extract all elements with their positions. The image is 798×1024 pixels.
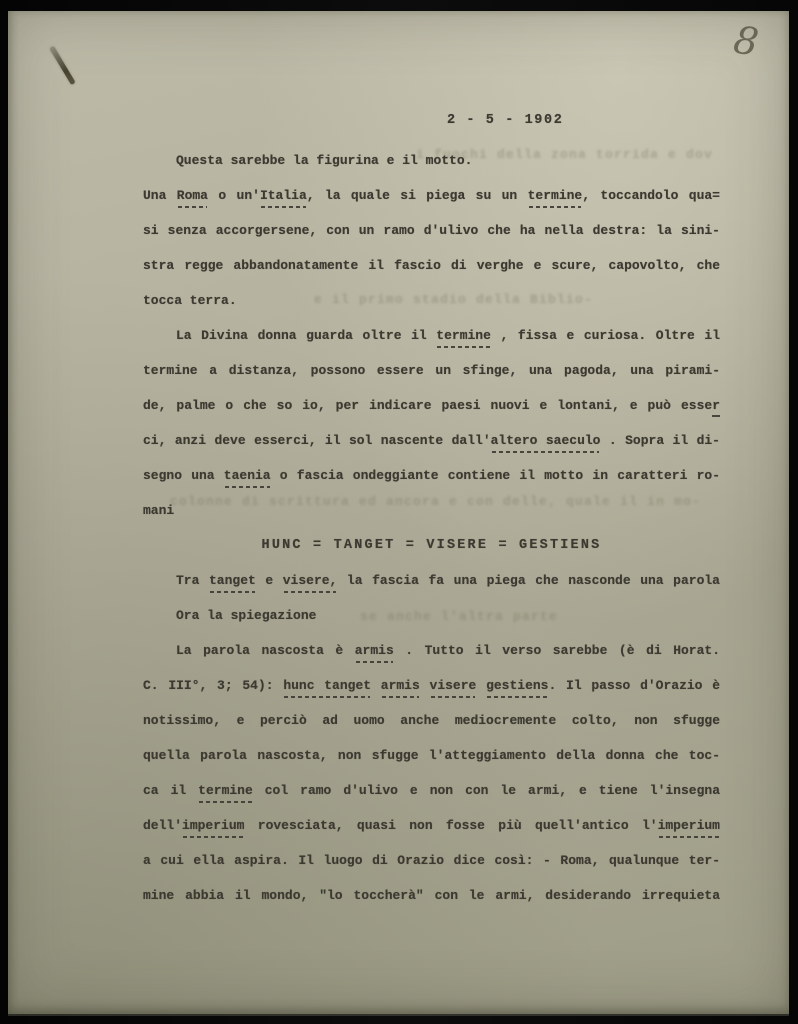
typescript-body: Questa sarebbe la figurina e il motto.Un… bbox=[143, 143, 720, 913]
underlined-word: gestiens bbox=[486, 678, 548, 693]
typescript-line: de, palme o che so io, per indicare paes… bbox=[143, 388, 720, 423]
typescript-line: Tra tanget e visere, la fascia fa una pi… bbox=[143, 563, 720, 598]
underlined-word: taenia bbox=[224, 468, 271, 483]
handwritten-page-number: 8 bbox=[731, 17, 762, 64]
underlined-word: visere bbox=[430, 678, 477, 693]
typescript-line: dell'imperium rovesciata, quasi non foss… bbox=[143, 808, 720, 843]
text-segment: La parola nascosta è bbox=[176, 643, 355, 658]
text-segment: . Sopra il di- bbox=[600, 433, 720, 448]
typescript-line: tocca terra. bbox=[143, 283, 720, 318]
typescript-line: Questa sarebbe la figurina e il motto. bbox=[143, 143, 720, 178]
text-segment: La Divina donna guarda oltre il bbox=[176, 328, 436, 343]
text-segment: , toccandolo qua= bbox=[582, 188, 720, 203]
typescript-line: mani bbox=[143, 493, 720, 528]
text-segment: rovesciata, quasi non fosse più quell'an… bbox=[244, 818, 657, 833]
typescript-line: mine abbia il mondo, "lo toccherà" con l… bbox=[143, 878, 720, 913]
text-segment: Questa sarebbe la figurina e il motto. bbox=[176, 153, 472, 168]
text-segment: o un' bbox=[208, 188, 260, 203]
motto-line: HUNC = TANGET = VISERE = GESTIENS bbox=[143, 528, 720, 563]
text-segment: col ramo d'ulivo e non con le armi, e ti… bbox=[253, 783, 720, 798]
typescript-line: La parola nascosta è armis . Tutto il ve… bbox=[143, 633, 720, 668]
underlined-word: armis bbox=[381, 678, 420, 693]
text-segment: , fissa e curiosa. Oltre il bbox=[491, 328, 720, 343]
typescript-line: C. III°, 3; 54): hunc tanget armis viser… bbox=[143, 668, 720, 703]
scanner-background: 8 2 - 5 - 1902 i fuochi della zona torri… bbox=[0, 0, 798, 1024]
text-segment: HUNC = TANGET = VISERE = GESTIENS bbox=[262, 538, 602, 553]
underlined-word: imperium bbox=[658, 818, 720, 833]
text-segment bbox=[371, 678, 381, 693]
underlined-word: termine bbox=[528, 188, 583, 203]
text-segment: dell' bbox=[143, 818, 182, 833]
text-segment bbox=[420, 678, 430, 693]
text-segment: stra regge abbandonatamente il fascio di… bbox=[143, 258, 720, 273]
underlined-word: tanget bbox=[209, 573, 256, 588]
typescript-line: a cui ella aspira. Il luogo di Orazio di… bbox=[143, 843, 720, 878]
underlined-word: armis bbox=[355, 643, 394, 658]
text-segment: mine abbia il mondo, "lo toccherà" con l… bbox=[143, 888, 720, 903]
text-segment: Una bbox=[143, 188, 177, 203]
text-segment: ca il bbox=[143, 783, 198, 798]
text-segment: Tra bbox=[176, 573, 209, 588]
typescript-line: segno una taenia o fascia ondeggiante co… bbox=[143, 458, 720, 493]
text-segment: segno una bbox=[143, 468, 224, 483]
typescript-line: ci, anzi deve esserci, il sol nascente d… bbox=[143, 423, 720, 458]
typescript-page: 8 2 - 5 - 1902 i fuochi della zona torri… bbox=[8, 11, 789, 1014]
text-segment: quella parola nascosta, non sfugge l'att… bbox=[143, 748, 720, 763]
underlined-word: visere, bbox=[283, 573, 338, 588]
text-segment: la fascia fa una piega che nasconde una … bbox=[337, 573, 720, 588]
underlined-word: termine bbox=[436, 328, 491, 343]
underlined-word: Italia bbox=[260, 188, 307, 203]
text-segment: C. III°, 3; 54): bbox=[143, 678, 283, 693]
typescript-line: La Divina donna guarda oltre il termine … bbox=[143, 318, 720, 353]
text-segment: o fascia ondeggiante contiene il motto i… bbox=[271, 468, 720, 483]
underlined-word: termine bbox=[198, 783, 253, 798]
typescript-line: Ora la spiegazione bbox=[143, 598, 720, 633]
underlined-word: imperium bbox=[182, 818, 244, 833]
underlined-word: hunc tanget bbox=[283, 678, 371, 693]
underlined-word: Roma bbox=[177, 188, 208, 203]
text-segment bbox=[476, 678, 486, 693]
text-segment: . Tutto il verso sarebbe (è di Horat. bbox=[394, 643, 720, 658]
text-segment: ci, anzi deve esserci, il sol nascente d… bbox=[143, 433, 491, 448]
text-segment: si senza accorgersene, con un ramo d'uli… bbox=[143, 223, 720, 238]
text-segment: , la quale si piega su un bbox=[307, 188, 528, 203]
pen-stroke-mark bbox=[49, 46, 75, 85]
typescript-line: quella parola nascosta, non sfugge l'att… bbox=[143, 738, 720, 773]
date-stamp: 2 - 5 - 1902 bbox=[447, 107, 563, 135]
text-segment: e bbox=[256, 573, 283, 588]
text-segment: notissimo, e perciò ad uomo anche medioc… bbox=[143, 713, 720, 728]
text-segment: a cui ella aspira. Il luogo di Orazio di… bbox=[143, 853, 720, 868]
typescript-line: si senza accorgersene, con un ramo d'uli… bbox=[143, 213, 720, 248]
typescript-line: stra regge abbandonatamente il fascio di… bbox=[143, 248, 720, 283]
typescript-line: notissimo, e perciò ad uomo anche medioc… bbox=[143, 703, 720, 738]
text-segment: . Il passo d'Orazio è bbox=[549, 678, 721, 693]
text-segment: Ora la spiegazione bbox=[176, 608, 316, 623]
underlined-word: r bbox=[712, 398, 720, 413]
text-segment: tocca terra. bbox=[143, 293, 237, 308]
text-segment: mani bbox=[143, 503, 174, 518]
typescript-line: Una Roma o un'Italia, la quale si piega … bbox=[143, 178, 720, 213]
underlined-word: altero saeculo bbox=[491, 433, 601, 448]
text-segment: termine a distanza, possono essere un sf… bbox=[143, 363, 720, 378]
text-segment: de, palme o che so io, per indicare paes… bbox=[143, 398, 712, 413]
typescript-line: termine a distanza, possono essere un sf… bbox=[143, 353, 720, 388]
typescript-line: ca il termine col ramo d'ulivo e non con… bbox=[143, 773, 720, 808]
